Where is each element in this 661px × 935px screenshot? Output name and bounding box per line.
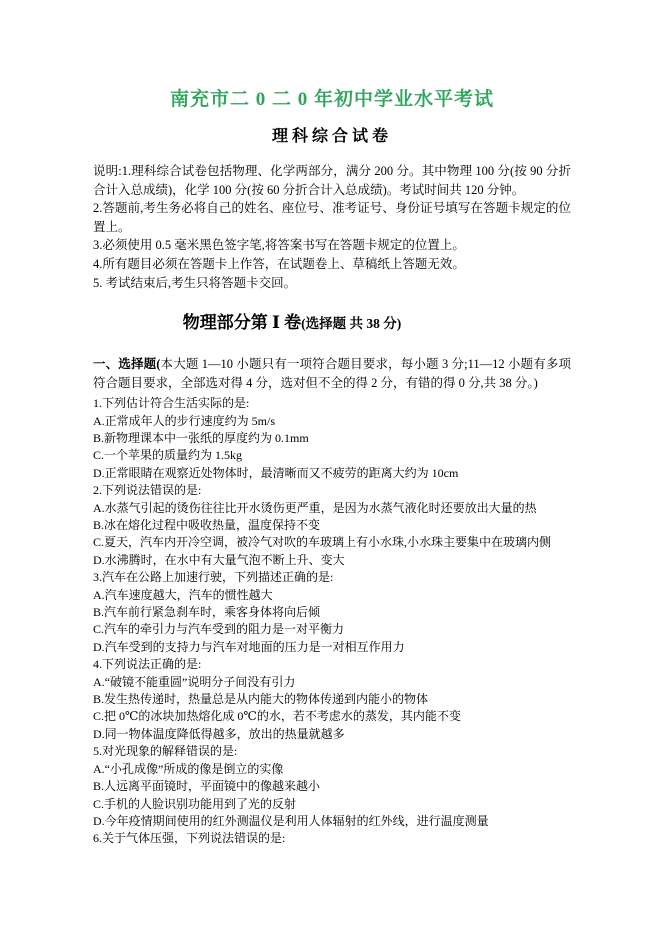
question-4-option-a: A.“破镜不能重圆”说明分子间没有引力 — [93, 674, 571, 691]
question-6-stem: 6.关于气体压强，下列说法错误的是: — [93, 830, 571, 847]
question-5-option-b: B.人远离平面镜时，平面镜中的像越来越小 — [93, 778, 571, 795]
question-1-option-d: D.正常眼睛在观察近处物体时，最清晰而又不疲劳的距离大约为 10cm — [93, 465, 571, 482]
question-3-option-c: C.汽车的牵引力与汽车受到的阻力是一对平衡力 — [93, 621, 571, 638]
question-5-option-d: D.今年疫情期间使用的红外测温仪是利用人体辐射的红外线，进行温度测量 — [93, 813, 571, 830]
question-1-option-b: B.新物理课本中一张纸的厚度约为 0.1mm — [93, 430, 571, 447]
question-5-option-a: A.“小孔成像”所成的像是倒立的实像 — [93, 761, 571, 778]
exam-document: 南充市二 0 二 0 年初中学业水平考试 理科综合试卷 说明:1.理科综合试卷包… — [93, 80, 571, 848]
instructions-block: 说明:1.理科综合试卷包括物理、化学两部分，满分 200 分。其中物理 100 … — [93, 162, 571, 292]
question-1-option-a: A.正常成年人的步行速度约为 5m/s — [93, 413, 571, 430]
question-1-stem: 1.下列估计符合生活实际的是: — [93, 395, 571, 412]
instruction-line-3: 3.必须使用 0.5 毫米黑色签字笔,将答案书写在答题卡规定的位置上。 — [93, 236, 571, 255]
section-heading-sub: (选择题 共 38 分) — [301, 316, 401, 331]
section-intro: 一、选择题(本大题 1—10 小题只有一项符合题目要求，每小题 3 分;11—1… — [93, 355, 571, 393]
section-heading-main: 物理部分第 Ⅰ 卷 — [183, 313, 301, 332]
question-4-option-b: B.发生热传递时，热量总是从内能大的物体传递到内能小的物体 — [93, 691, 571, 708]
question-3-stem: 3.汽车在公路上加速行驶，下列描述正确的是: — [93, 569, 571, 586]
instruction-line-5: 5. 考试结束后,考生只将答题卡交回。 — [93, 274, 571, 293]
question-2-option-d: D.水沸腾时，在水中有大量气泡不断上升、变大 — [93, 552, 571, 569]
question-2-option-c: C.夏天，汽车内开冷空调，被冷气对吹的车玻璃上有小水珠,小水珠主要集中在玻璃内侧 — [93, 534, 571, 551]
question-5-option-c: C.手机的人脸识别功能用到了光的反射 — [93, 796, 571, 813]
question-2-option-a: A.水蒸气引起的烫伤往往比开水烫伤更严重，是因为水蒸气液化时还要放出大量的热 — [93, 500, 571, 517]
instruction-line-2: 2.答题前,考生务必将自己的姓名、座位号、准考证号、身份证号填写在答题卡规定的位… — [93, 199, 571, 236]
question-4-option-c: C.把 0℃的冰块加热熔化成 0℃的水，若不考虑水的蒸发，其内能不变 — [93, 708, 571, 725]
section-intro-text: 本大题 1—10 小题只有一项符合题目要求，每小题 3 分;11—12 小题有多… — [93, 357, 571, 390]
question-3-option-a: A.汽车速度越大，汽车的惯性越大 — [93, 587, 571, 604]
exam-subtitle: 理科综合试卷 — [93, 126, 571, 147]
question-2-option-b: B.冰在熔化过程中吸收热量，温度保持不变 — [93, 517, 571, 534]
section-heading: 物理部分第 Ⅰ 卷(选择题 共 38 分) — [93, 312, 491, 335]
question-3-option-d: D.汽车受到的支持力与汽车对地面的压力是一对相互作用力 — [93, 639, 571, 656]
instruction-line-4: 4.所有题目必须在答题卡上作答，在试题卷上、草稿纸上答题无效。 — [93, 255, 571, 274]
question-list: 1.下列估计符合生活实际的是: A.正常成年人的步行速度约为 5m/s B.新物… — [93, 395, 571, 848]
instruction-line-1: 说明:1.理科综合试卷包括物理、化学两部分，满分 200 分。其中物理 100 … — [93, 162, 571, 199]
question-5-stem: 5.对光现象的解释错误的是: — [93, 743, 571, 760]
question-4-option-d: D.同一物体温度降低得越多，放出的热量就越多 — [93, 726, 571, 743]
question-1-option-c: C.一个苹果的质量约为 1.5kg — [93, 447, 571, 464]
question-2-stem: 2.下列说法错误的是: — [93, 482, 571, 499]
exam-title: 南充市二 0 二 0 年初中学业水平考试 — [93, 88, 571, 112]
question-3-option-b: B.汽车前行紧急刹车时，乘客身体将向后倾 — [93, 604, 571, 621]
section-intro-label: 一、选择题( — [93, 357, 160, 371]
question-4-stem: 4.下列说法正确的是: — [93, 656, 571, 673]
